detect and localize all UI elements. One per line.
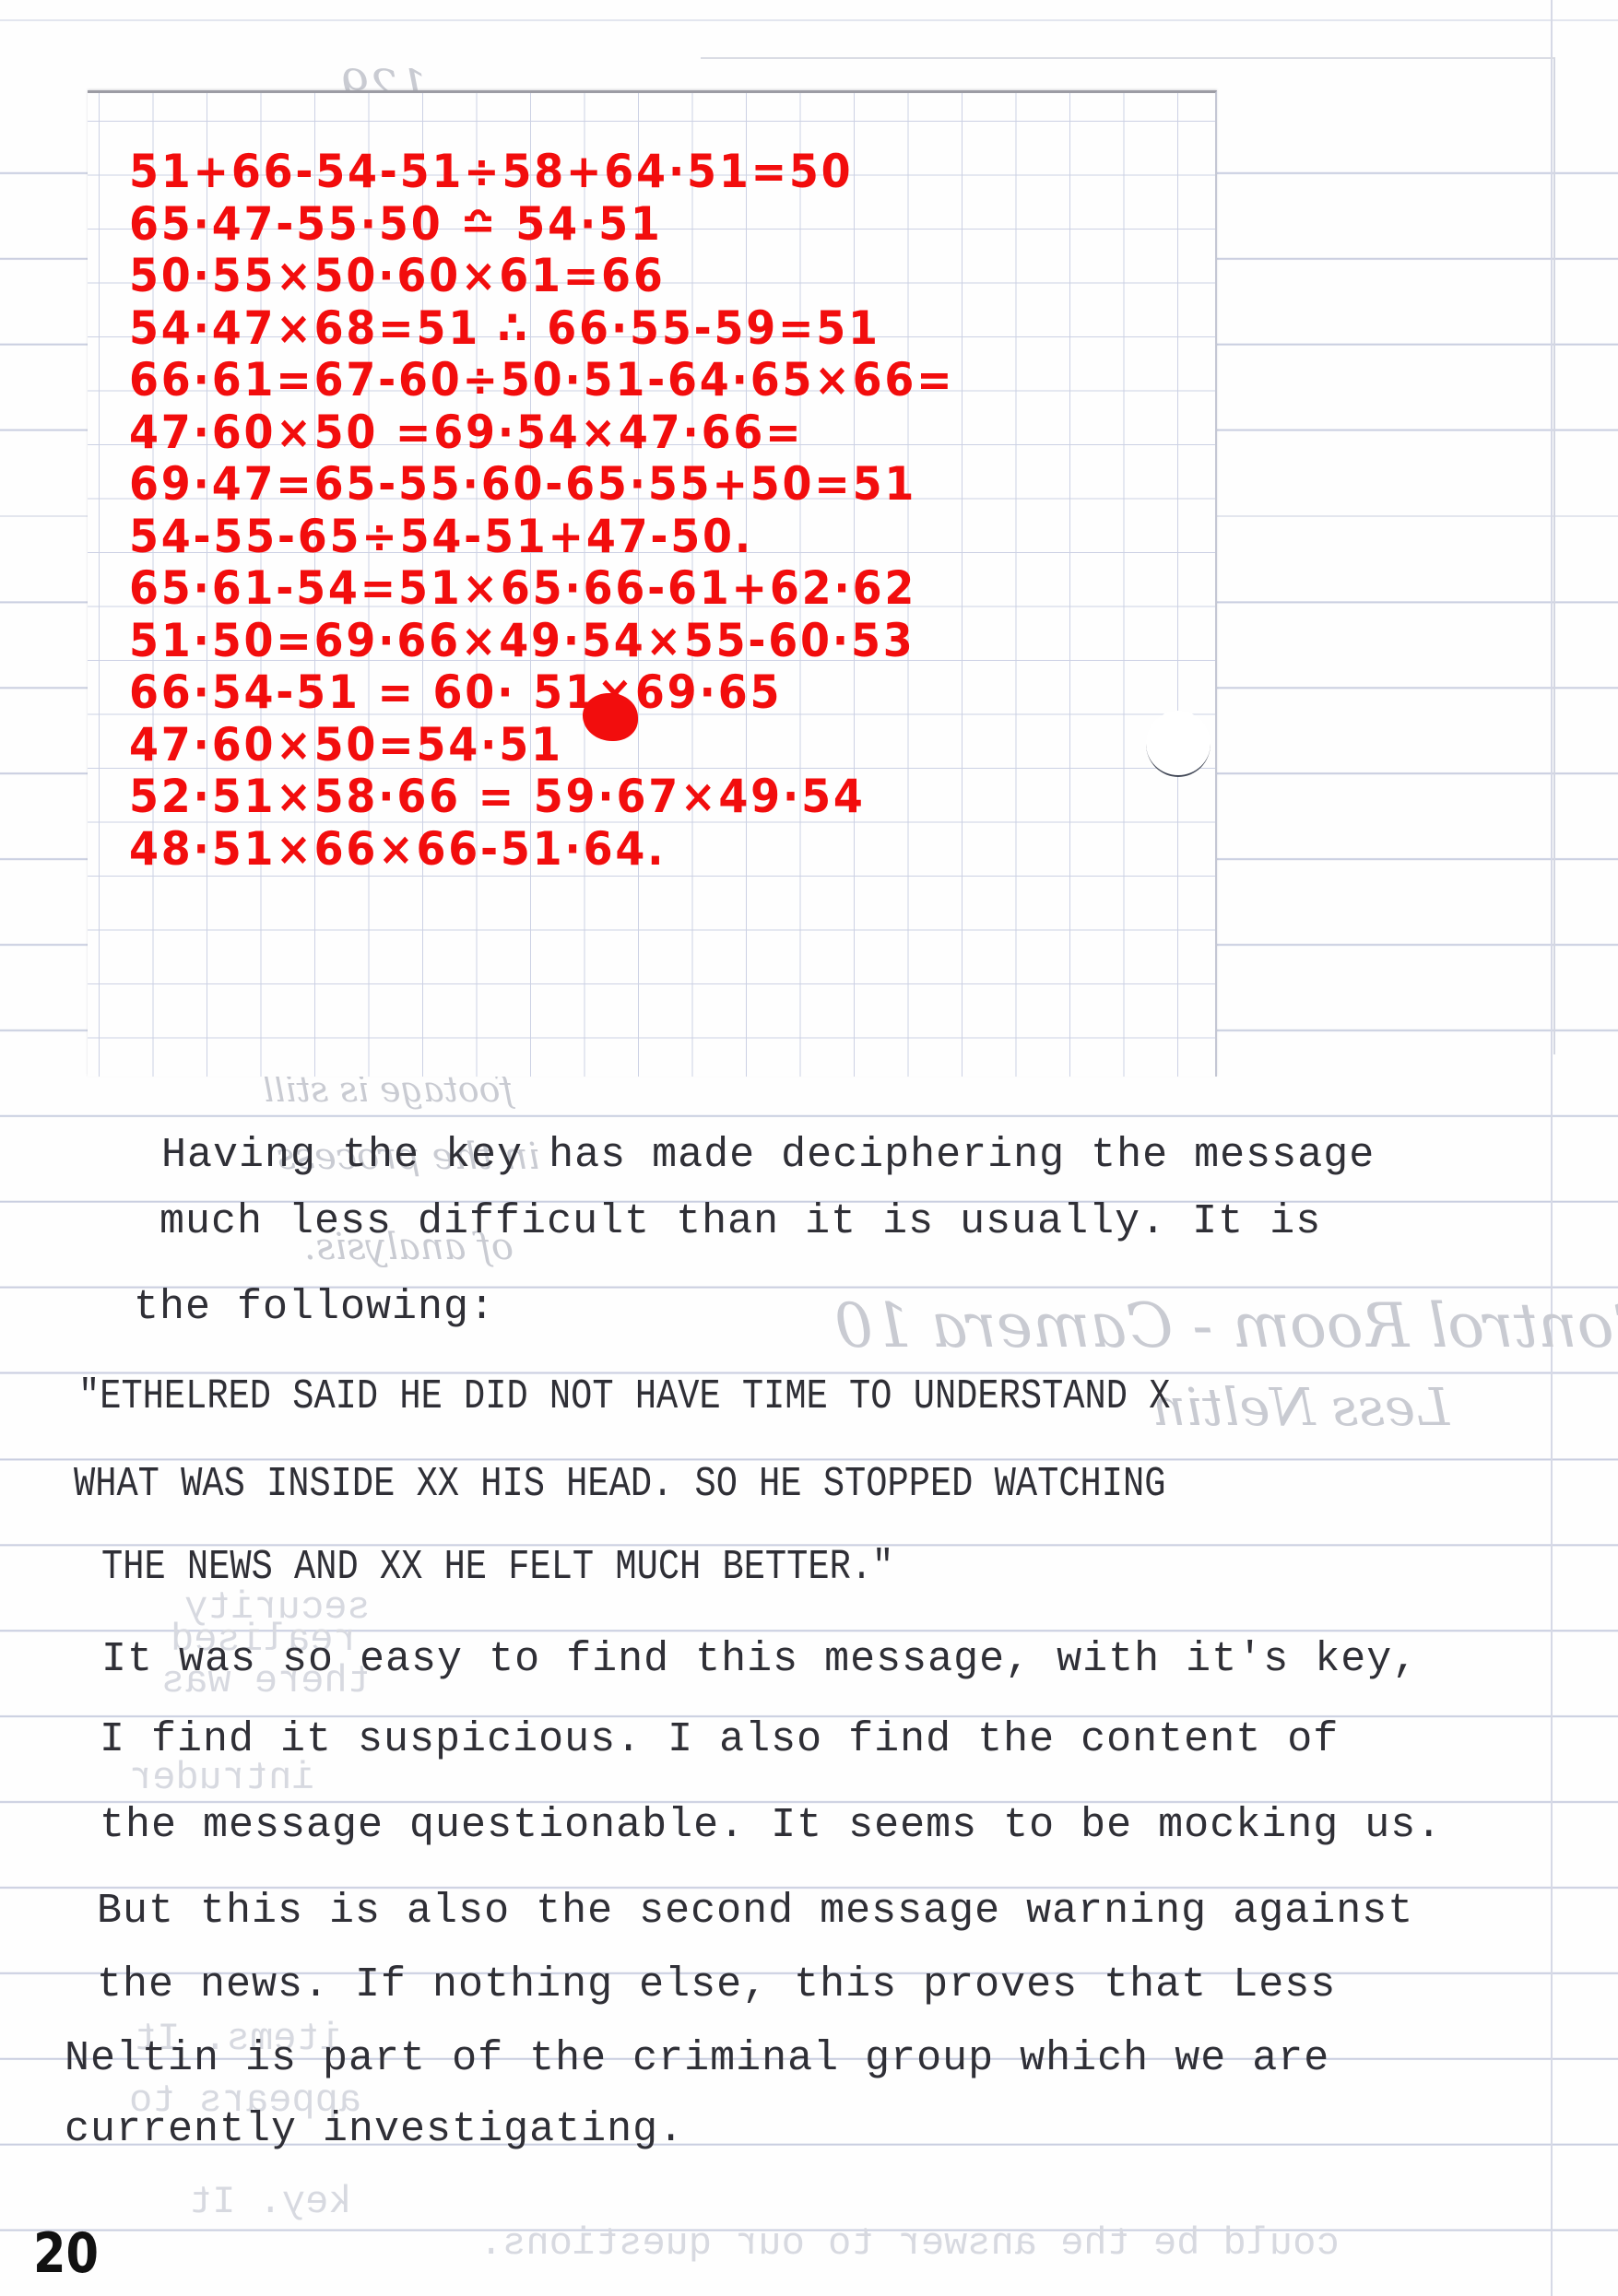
- cipher-line: 65·47-55·50 ≏ 54·51: [129, 198, 954, 251]
- bleed-name: Less Neltin: [1152, 1378, 1449, 1438]
- analysis-line-4: But this is also the second message warn…: [97, 1888, 1413, 1935]
- message-line-1: "ETHELRED SAID HE DID NOT HAVE TIME TO U…: [78, 1373, 1170, 1420]
- message-line-3: THE NEWS AND XX HE FELT MUCH BETTER.": [101, 1544, 893, 1591]
- bleed-typed-7: key. It: [189, 2180, 351, 2224]
- cipher-line: 54·47×68=51 ∴ 66·55-59=51: [129, 302, 954, 355]
- cipher-line: 47·60×50=54·51: [129, 719, 954, 771]
- bleed-control-room-label: Control Room - Camera 10: [834, 1290, 1618, 1361]
- cipher-line: 69·47=65-55·60-65·55+50=51: [129, 458, 954, 511]
- cipher-line: 66·61=67-60÷50·51-64·65×66=: [129, 354, 954, 406]
- analysis-line-5: the news. If nothing else, this proves t…: [97, 1961, 1336, 2008]
- page-number: 20: [33, 2221, 99, 2286]
- cipher-equations: 51+66-54-51÷58+64·51=50 65·47-55·50 ≏ 54…: [129, 146, 954, 875]
- cipher-line: 51+66-54-51÷58+64·51=50: [129, 146, 954, 198]
- ink-blot: [583, 693, 638, 741]
- intro-line-2: much less difficult than it is usually. …: [159, 1198, 1321, 1245]
- intro-line-1: Having the key has made deciphering the …: [161, 1132, 1375, 1179]
- cipher-line: 66·54-51 = 60· 51×69·65: [129, 666, 954, 719]
- cipher-line: 50·55×50·60×61=66: [129, 250, 954, 302]
- bleed-typed-8: could be the answer to our questions.: [479, 2221, 1340, 2266]
- punch-hole: [1146, 711, 1211, 777]
- message-line-2: WHAT WAS INSIDE XX HIS HEAD. SO HE STOPP…: [74, 1461, 1165, 1508]
- cipher-line: 54-55-65÷54-51+47-50.: [129, 511, 954, 563]
- analysis-line-7: currently investigating.: [65, 2106, 684, 2153]
- analysis-line-6: Neltin is part of the criminal group whi…: [65, 2035, 1329, 2082]
- notebook-page: 129 Control Room - Camera 10 Less Neltin…: [0, 0, 1618, 2296]
- analysis-line-1: It was so easy to find this message, wit…: [101, 1636, 1418, 1683]
- cipher-line: 47·60×50 =69·54×47·66=: [129, 406, 954, 459]
- cipher-line: 52·51×58·66 = 59·67×49·54: [129, 771, 954, 823]
- analysis-line-2: I find it suspicious. I also find the co…: [100, 1716, 1339, 1763]
- cipher-line: 51·50=69·66×49·54×55-60·53: [129, 615, 954, 667]
- cipher-line: 65·61-54=51×65·66-61+62·62: [129, 562, 954, 615]
- cipher-line: 48·51×66×66-51·64.: [129, 823, 954, 876]
- analysis-line-3: the message questionable. It seems to be…: [100, 1802, 1442, 1849]
- intro-line-3: the following:: [134, 1284, 495, 1331]
